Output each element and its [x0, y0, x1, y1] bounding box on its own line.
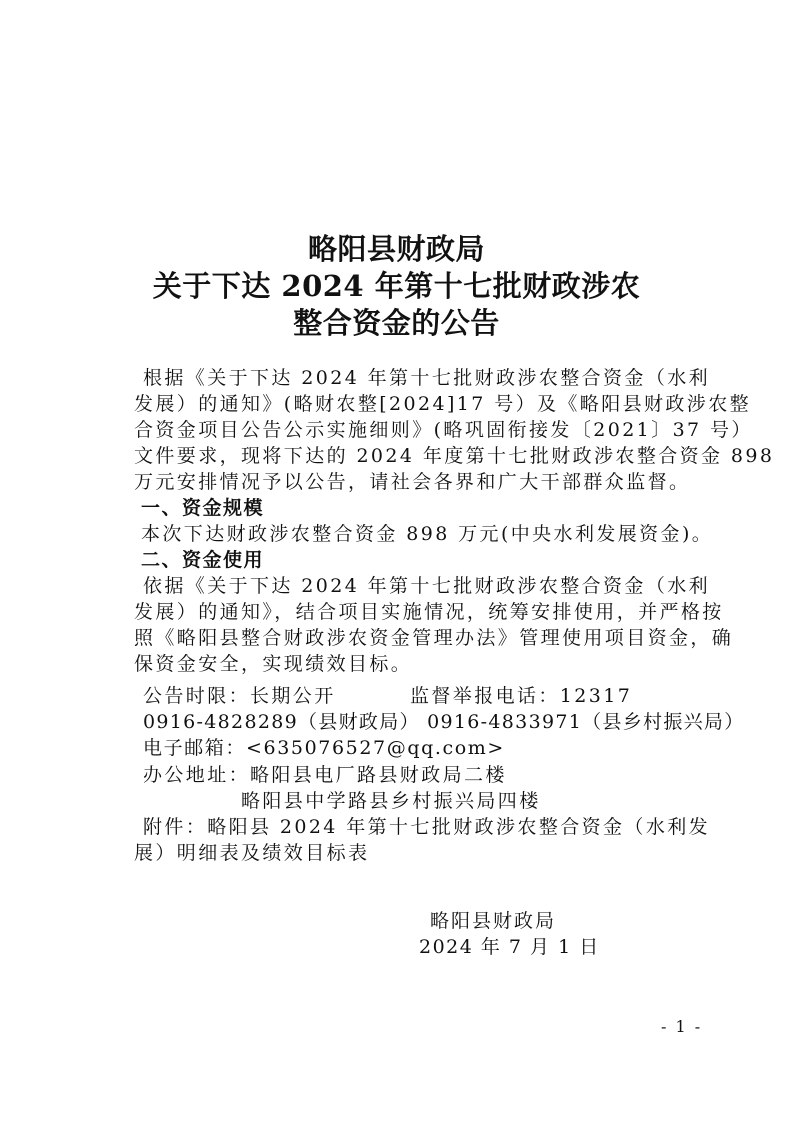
- section-body-line: 保资金安全，实现绩效目标。: [134, 652, 412, 676]
- intro-line: 合资金项目公告公示实施细则》(略巩固衔接发〔2021〕37 号）: [134, 418, 753, 442]
- hotline: 监督举报电话：12317: [410, 684, 632, 708]
- attachment-line: 展）明细表及绩效目标表: [134, 841, 369, 865]
- attachment-line: 附件：略阳县 2024 年第十七批财政涉农整合资金（水利发: [143, 815, 710, 839]
- section-heading-usage: 二、资金使用: [141, 548, 264, 572]
- section-heading-scale: 一、资金规模: [141, 496, 264, 520]
- intro-line: 发展）的通知》(略财农整[2024]17 号）及《略阳县财政涉农整: [134, 392, 751, 416]
- signature-org: 略阳县财政局: [430, 909, 556, 933]
- section-body-line: 依据《关于下达 2024 年第十七批财政涉农整合资金（水利: [143, 574, 710, 598]
- page-number: - 1 -: [661, 1017, 702, 1036]
- section-body-line: 本次下达财政涉农整合资金 898 万元(中央水利发展资金)。: [141, 522, 713, 546]
- office-address-2: 略阳县中学路县乡村振兴局四楼: [241, 789, 541, 813]
- signature-date: 2024 年 7 月 1 日: [419, 935, 600, 959]
- title-line-1: 略阳县财政局: [0, 232, 793, 266]
- office-address-1: 办公地址：略阳县电厂路县财政局二楼: [143, 763, 507, 787]
- section-body-line: 照《略阳县整合财政涉农资金管理办法》管理使用项目资金，确: [134, 626, 733, 650]
- section-body-line: 发展）的通知》，结合项目实施情况，统筹安排使用，并严格按: [134, 600, 724, 624]
- contact-phones: 0916-4828289（县财政局） 0916-4833971（县乡村振兴局）: [143, 710, 745, 734]
- intro-line: 文件要求，现将下达的 2024 年度第十七批财政涉农整合资金 898: [134, 444, 774, 468]
- notice-period: 公告时限：长期公开: [143, 684, 336, 708]
- title-line-3: 整合资金的公告: [0, 306, 793, 340]
- title-line-2: 关于下达 2024 年第十七批财政涉农: [0, 269, 793, 303]
- intro-line: 万元安排情况予以公告，请社会各界和广大干部群众监督。: [134, 470, 690, 494]
- intro-line: 根据《关于下达 2024 年第十七批财政涉农整合资金（水利: [143, 366, 710, 390]
- contact-email[interactable]: 电子邮箱：<635076527@qq.com>: [143, 736, 505, 760]
